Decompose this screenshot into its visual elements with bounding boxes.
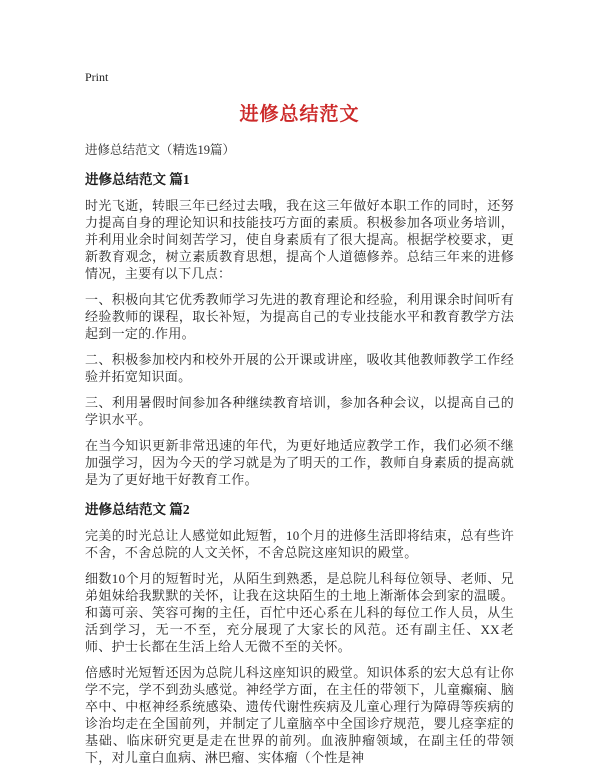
- page-title: 进修总结范文: [85, 103, 514, 127]
- paragraph: 一、积极向其它优秀教师学习先进的教育理论和经验，利用课余时间听有经验教师的课程，…: [85, 291, 514, 342]
- paragraph: 二、积极参加校内和校外开展的公开课或讲座，吸收其他教师教学工作经验并拓宽知识面。: [85, 351, 514, 385]
- paragraph: 三、利用暑假时间参加各种继续教育培训，参加各种会议，以提高自己的学识水平。: [85, 394, 514, 428]
- paragraph: 完美的时光总让人感觉如此短暂，10个月的进修生活即将结束，总有些许不舍，不舍总院…: [85, 527, 514, 561]
- print-button[interactable]: Print: [85, 70, 108, 84]
- section-heading-2: 进修总结范文 篇2: [85, 501, 514, 518]
- document-page: Print 进修总结范文 进修总结范文（精选19篇） 进修总结范文 篇1 时光飞…: [0, 0, 600, 776]
- section-heading-1: 进修总结范文 篇1: [85, 171, 514, 188]
- paragraph: 倍感时光短暂还因为总院儿科这座知识的殿堂。知识体系的宏大总有让你学不完，学不到劲…: [85, 664, 514, 766]
- paragraph: 在当今知识更新非常迅速的年代，为更好地适应教学工作，我们必须不继加强学习，因为今…: [85, 437, 514, 488]
- paragraph: 细数10个月的短暂时光，从陌生到熟悉，是总院儿科每位领导、老师、兄弟姐妹给我默默…: [85, 570, 514, 655]
- article-subtitle: 进修总结范文（精选19篇）: [85, 142, 514, 158]
- paragraph: 时光飞逝，转眼三年已经过去哦，我在这三年做好本职工作的同时，还努力提高自身的理论…: [85, 197, 514, 282]
